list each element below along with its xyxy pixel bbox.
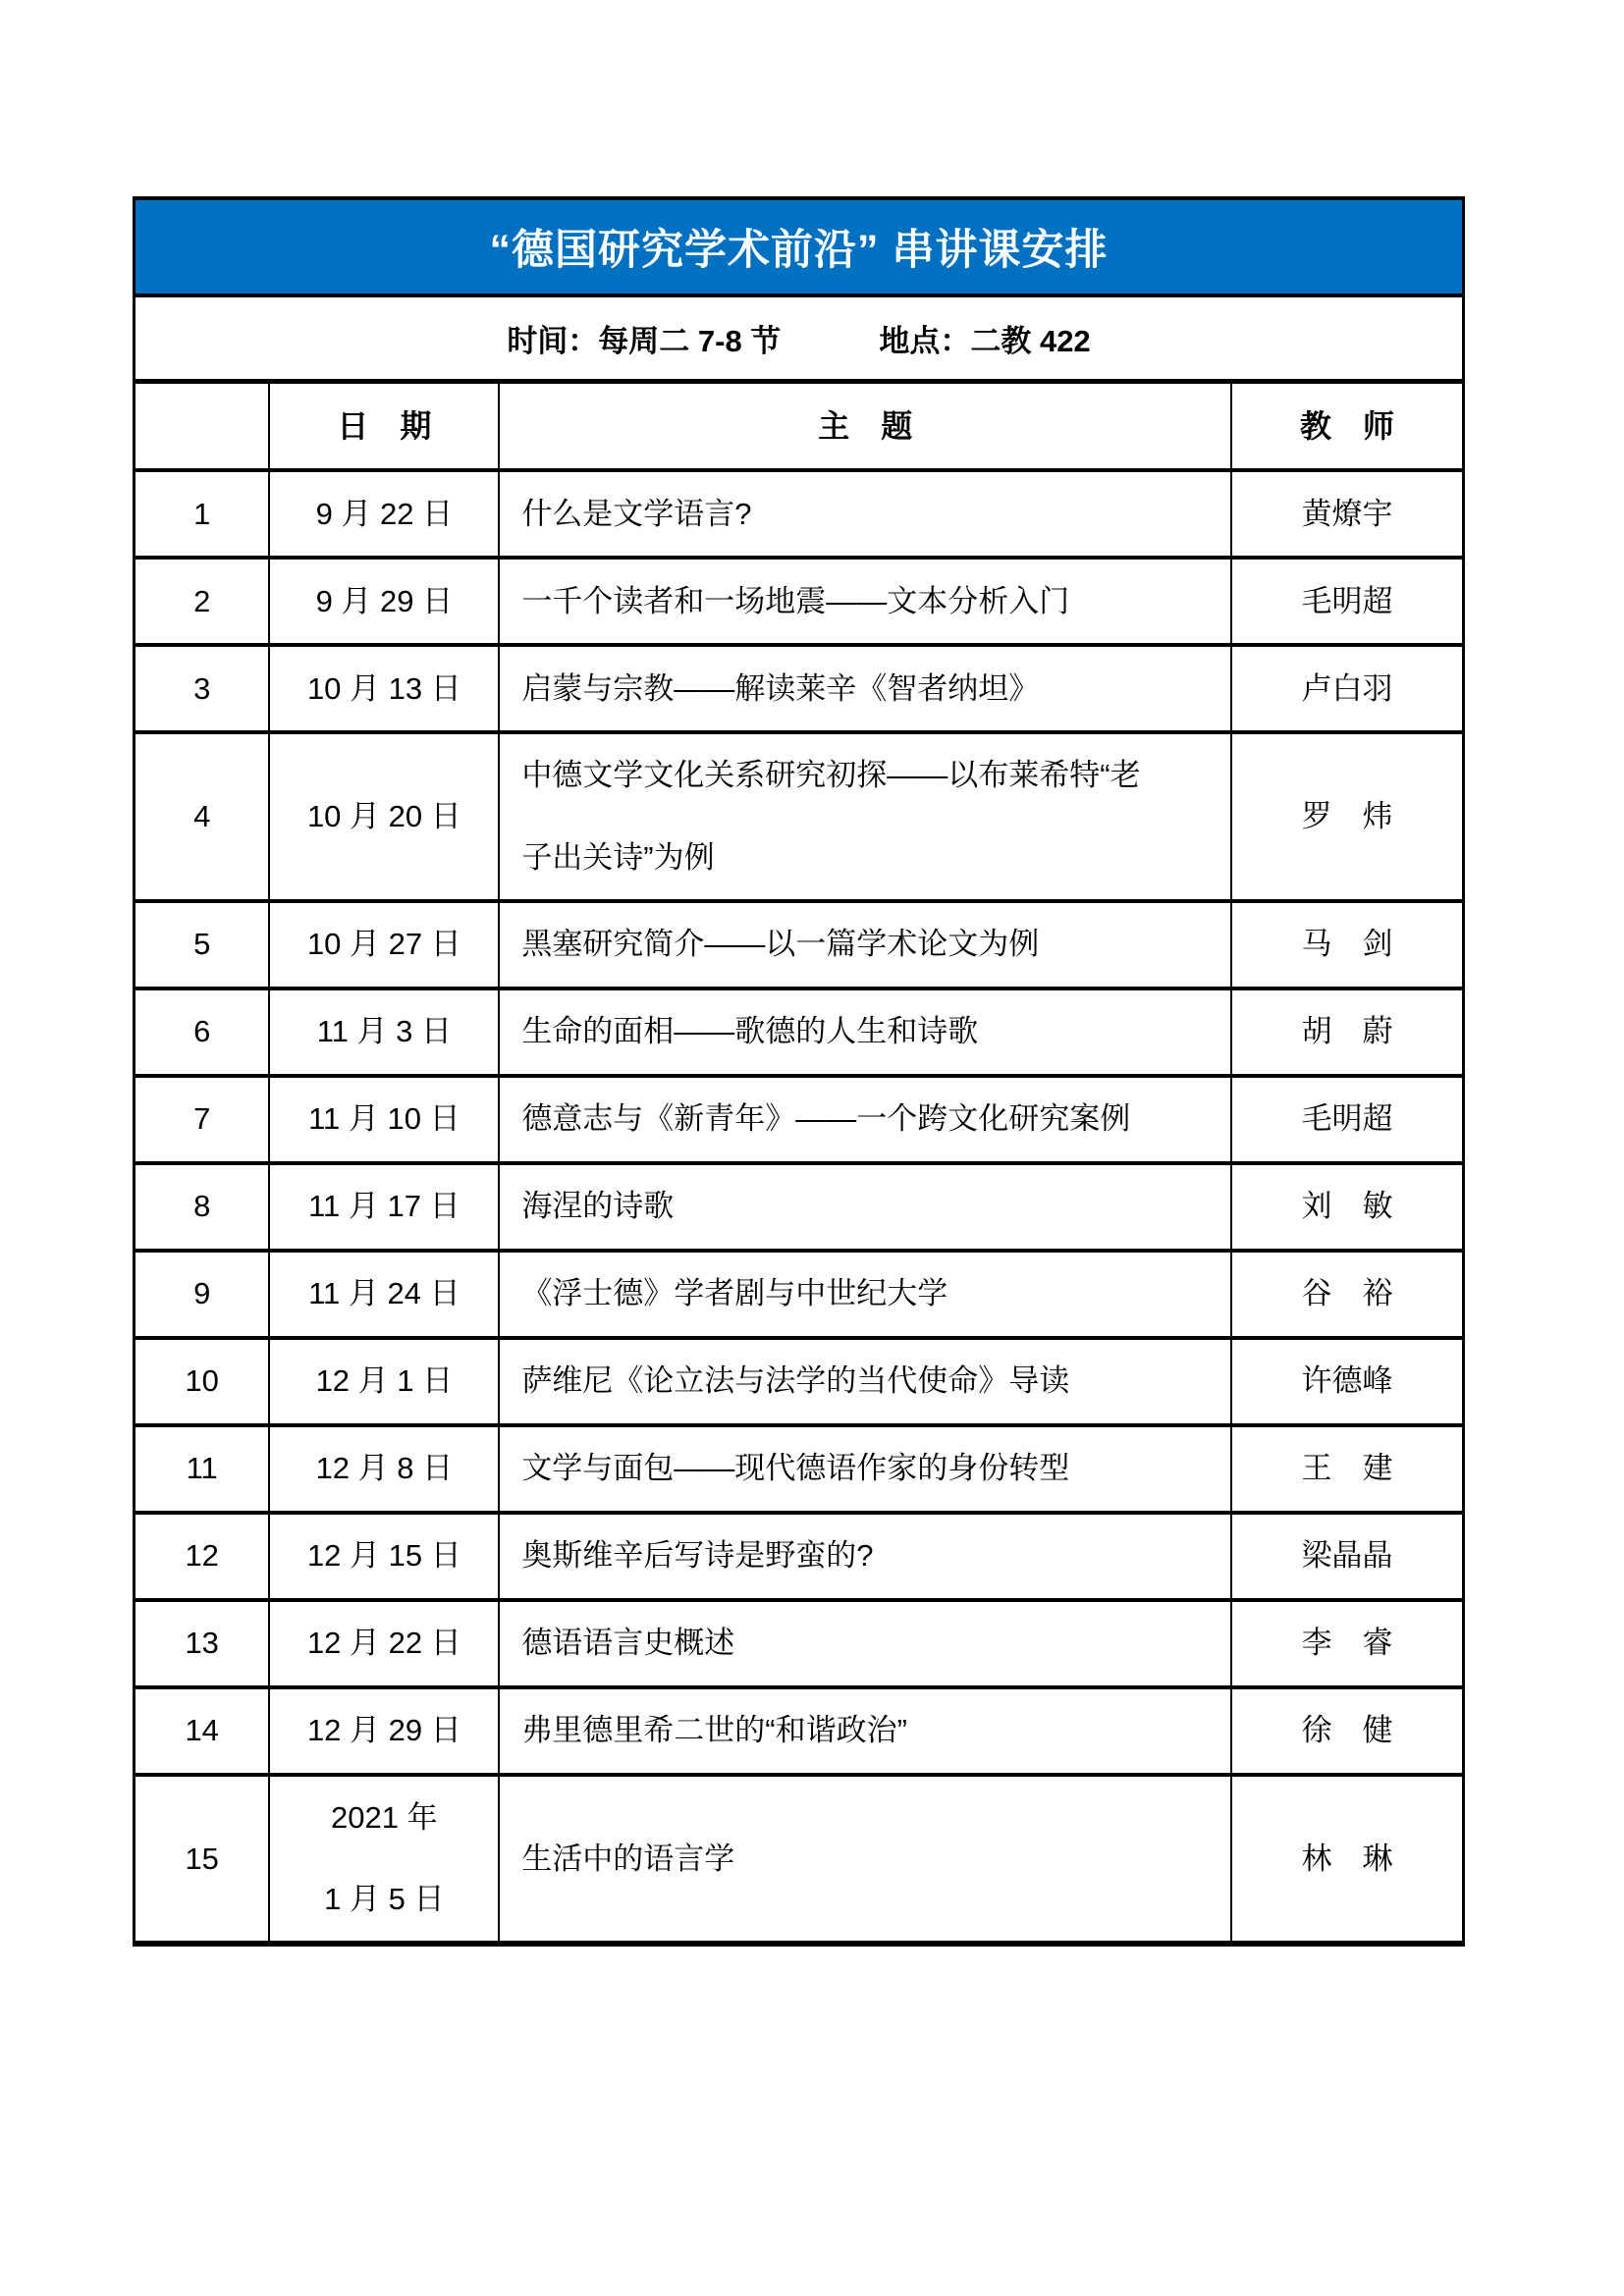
table-row: 1312 月 22 日德语语言史概述李 睿 <box>135 1602 1462 1689</box>
row-number-cell: 7 <box>135 1078 268 1161</box>
topic-cell: 生命的面相——歌德的人生和诗歌 <box>500 990 1232 1074</box>
row-number-cell: 8 <box>135 1165 268 1249</box>
teacher-cell: 林 琳 <box>1232 1777 1462 1941</box>
teacher-cell: 刘 敏 <box>1232 1165 1462 1249</box>
date-cell: 12 月 1 日 <box>268 1340 500 1423</box>
date-cell: 9 月 22 日 <box>268 472 500 556</box>
topic-cell: 什么是文学语言? <box>500 472 1232 556</box>
table-row: 1412 月 29 日弗里德里希二世的“和谐政治”徐 健 <box>135 1689 1462 1777</box>
date-cell: 10 月 20 日 <box>268 734 500 898</box>
header-topic-cell: 主 题 <box>500 384 1232 468</box>
topic-cell: 文学与面包——现代德语作家的身份转型 <box>500 1427 1232 1511</box>
date-cell: 12 月 8 日 <box>268 1427 500 1511</box>
date-cell: 2021 年 1 月 5 日 <box>268 1777 500 1941</box>
row-number-cell: 3 <box>135 647 268 730</box>
topic-cell: 黑塞研究简介——以一篇学术论文为例 <box>500 903 1232 987</box>
date-cell: 12 月 22 日 <box>268 1602 500 1685</box>
row-number-cell: 5 <box>135 903 268 987</box>
table-header-row: 日 期 主 题 教 师 <box>135 384 1462 472</box>
date-cell: 11 月 24 日 <box>268 1253 500 1336</box>
date-cell: 11 月 17 日 <box>268 1165 500 1249</box>
table-row: 19 月 22 日什么是文学语言?黄燎宇 <box>135 472 1462 560</box>
header-index-cell <box>135 384 268 468</box>
time-info: 时间：每周二 7-8 节 <box>507 316 781 360</box>
table-title: “德国研究学术前沿” 串讲课安排 <box>490 217 1109 277</box>
topic-cell: 德语语言史概述 <box>500 1602 1232 1685</box>
schedule-info-row: 时间：每周二 7-8 节 地点：二教 422 <box>135 297 1462 384</box>
header-teacher-cell: 教 师 <box>1232 384 1462 468</box>
row-number-cell: 11 <box>135 1427 268 1511</box>
table-row: 510 月 27 日黑塞研究简介——以一篇学术论文为例马 剑 <box>135 903 1462 990</box>
row-number-cell: 1 <box>135 472 268 556</box>
row-number-cell: 13 <box>135 1602 268 1685</box>
date-cell: 9 月 29 日 <box>268 560 500 643</box>
topic-cell: 《浮士德》学者剧与中世纪大学 <box>500 1253 1232 1336</box>
teacher-cell: 梁晶晶 <box>1232 1515 1462 1598</box>
table-row: 1212 月 15 日奥斯维辛后写诗是野蛮的?梁晶晶 <box>135 1515 1462 1602</box>
date-cell: 11 月 10 日 <box>268 1078 500 1161</box>
document-page: “德国研究学术前沿” 串讲课安排 时间：每周二 7-8 节 地点：二教 422 … <box>0 0 1624 2296</box>
teacher-cell: 黄燎宇 <box>1232 472 1462 556</box>
teacher-cell: 卢白羽 <box>1232 647 1462 730</box>
table-row: 152021 年 1 月 5 日生活中的语言学林 琳 <box>135 1777 1462 1941</box>
table-row: 410 月 20 日中德文学文化关系研究初探——以布莱希特“老 子出关诗”为例罗… <box>135 734 1462 902</box>
topic-cell: 德意志与《新青年》——一个跨文化研究案例 <box>500 1078 1232 1161</box>
teacher-cell: 毛明超 <box>1232 560 1462 643</box>
date-cell: 11 月 3 日 <box>268 990 500 1074</box>
table-row: 29 月 29 日一千个读者和一场地震——文本分析入门毛明超 <box>135 560 1462 647</box>
date-cell: 10 月 13 日 <box>268 647 500 730</box>
date-cell: 12 月 15 日 <box>268 1515 500 1598</box>
topic-cell: 萨维尼《论立法与法学的当代使命》导读 <box>500 1340 1232 1423</box>
row-number-cell: 15 <box>135 1777 268 1941</box>
teacher-cell: 毛明超 <box>1232 1078 1462 1161</box>
topic-cell: 奥斯维辛后写诗是野蛮的? <box>500 1515 1232 1598</box>
date-cell: 12 月 29 日 <box>268 1689 500 1773</box>
teacher-cell: 马 剑 <box>1232 903 1462 987</box>
date-cell: 10 月 27 日 <box>268 903 500 987</box>
teacher-cell: 谷 裕 <box>1232 1253 1462 1336</box>
teacher-cell: 许德峰 <box>1232 1340 1462 1423</box>
schedule-table: “德国研究学术前沿” 串讲课安排 时间：每周二 7-8 节 地点：二教 422 … <box>133 196 1465 1947</box>
table-row: 1112 月 8 日文学与面包——现代德语作家的身份转型王 建 <box>135 1427 1462 1515</box>
topic-cell: 生活中的语言学 <box>500 1777 1232 1941</box>
teacher-cell: 罗 炜 <box>1232 734 1462 898</box>
topic-cell: 弗里德里希二世的“和谐政治” <box>500 1689 1232 1773</box>
row-number-cell: 4 <box>135 734 268 898</box>
table-body: 19 月 22 日什么是文学语言?黄燎宇29 月 29 日一千个读者和一场地震—… <box>135 472 1462 1941</box>
topic-cell: 中德文学文化关系研究初探——以布莱希特“老 子出关诗”为例 <box>500 734 1232 898</box>
row-number-cell: 14 <box>135 1689 268 1773</box>
topic-cell: 一千个读者和一场地震——文本分析入门 <box>500 560 1232 643</box>
row-number-cell: 12 <box>135 1515 268 1598</box>
table-row: 611 月 3 日生命的面相——歌德的人生和诗歌胡 蔚 <box>135 990 1462 1078</box>
table-title-bar: “德国研究学术前沿” 串讲课安排 <box>135 200 1462 297</box>
table-row: 310 月 13 日启蒙与宗教——解读莱辛《智者纳坦》卢白羽 <box>135 647 1462 734</box>
teacher-cell: 徐 健 <box>1232 1689 1462 1773</box>
row-number-cell: 10 <box>135 1340 268 1423</box>
table-row: 711 月 10 日德意志与《新青年》——一个跨文化研究案例毛明超 <box>135 1078 1462 1165</box>
teacher-cell: 王 建 <box>1232 1427 1462 1511</box>
table-row: 911 月 24 日《浮士德》学者剧与中世纪大学谷 裕 <box>135 1253 1462 1340</box>
teacher-cell: 胡 蔚 <box>1232 990 1462 1074</box>
table-row: 811 月 17 日海涅的诗歌刘 敏 <box>135 1165 1462 1253</box>
row-number-cell: 6 <box>135 990 268 1074</box>
teacher-cell: 李 睿 <box>1232 1602 1462 1685</box>
table-row: 1012 月 1 日萨维尼《论立法与法学的当代使命》导读许德峰 <box>135 1340 1462 1427</box>
topic-cell: 启蒙与宗教——解读莱辛《智者纳坦》 <box>500 647 1232 730</box>
row-number-cell: 9 <box>135 1253 268 1336</box>
location-info: 地点：二教 422 <box>879 316 1090 360</box>
header-date-cell: 日 期 <box>268 384 500 468</box>
row-number-cell: 2 <box>135 560 268 643</box>
topic-cell: 海涅的诗歌 <box>500 1165 1232 1249</box>
